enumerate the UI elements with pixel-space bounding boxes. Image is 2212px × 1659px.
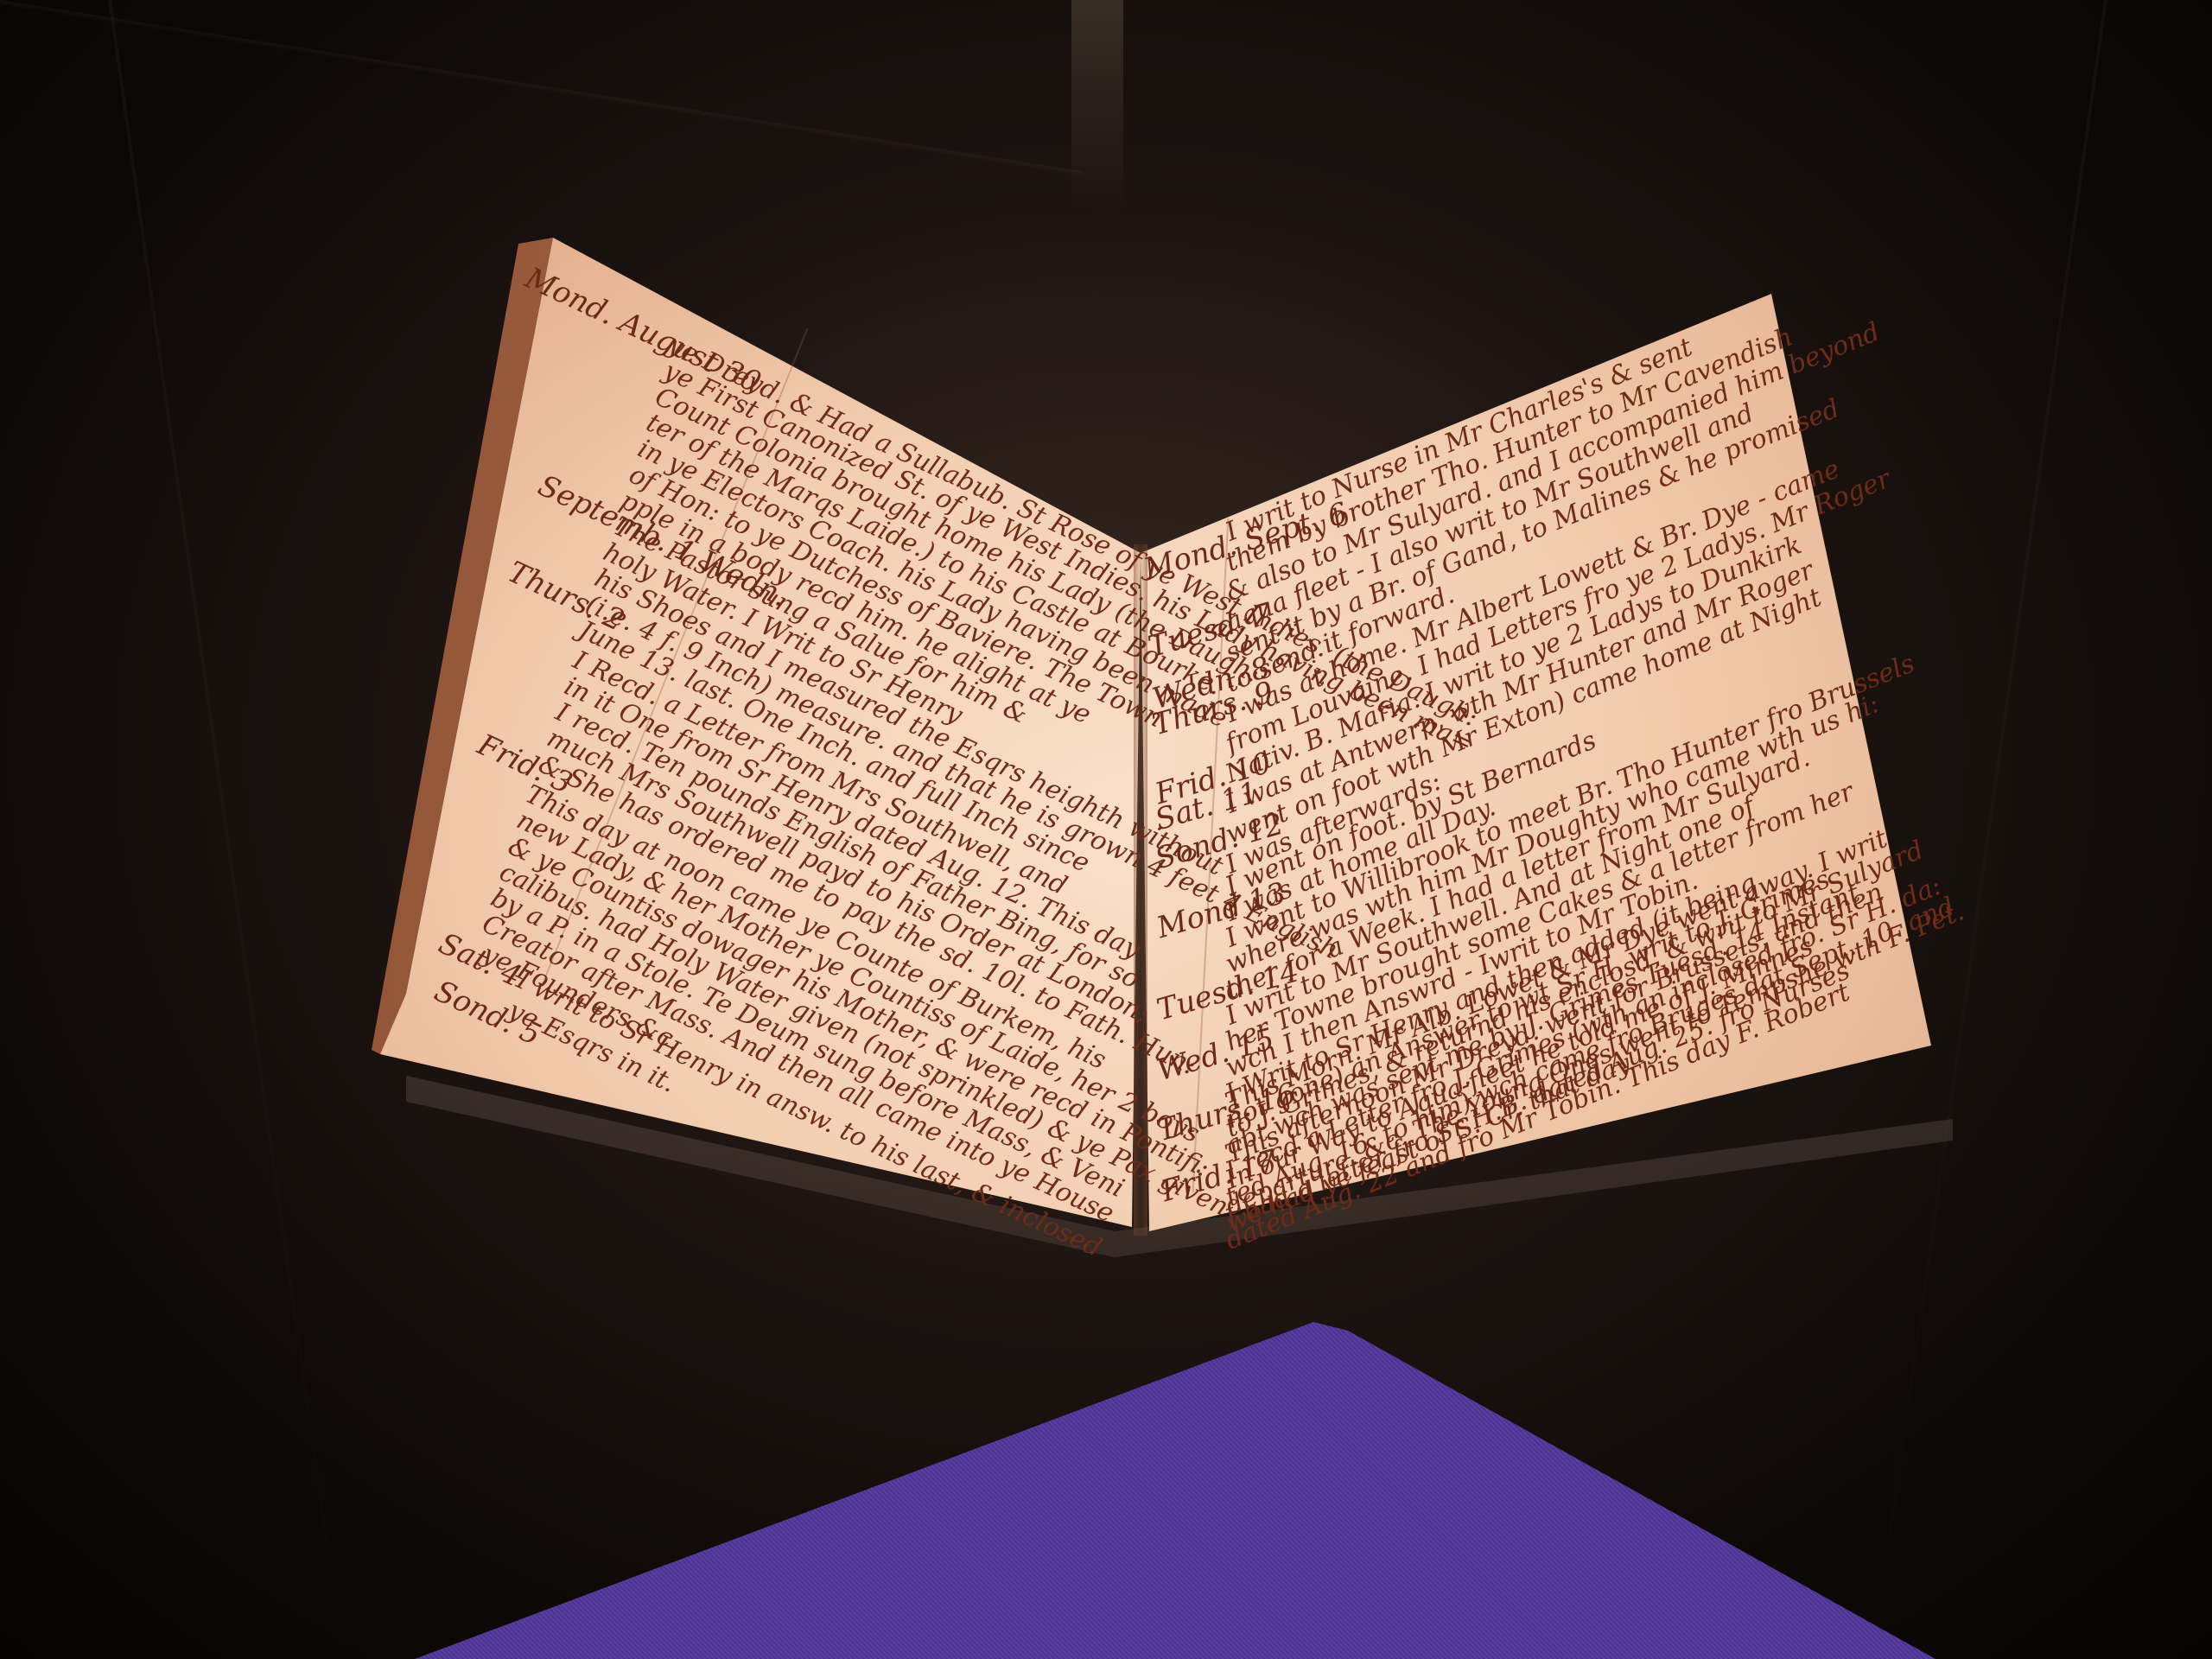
display-case-edge-left [0,0,1084,177]
display-case-corner-left [108,0,345,1659]
display-case-center-seam [1071,0,1123,207]
display-case-corner-right [1871,0,2107,1659]
